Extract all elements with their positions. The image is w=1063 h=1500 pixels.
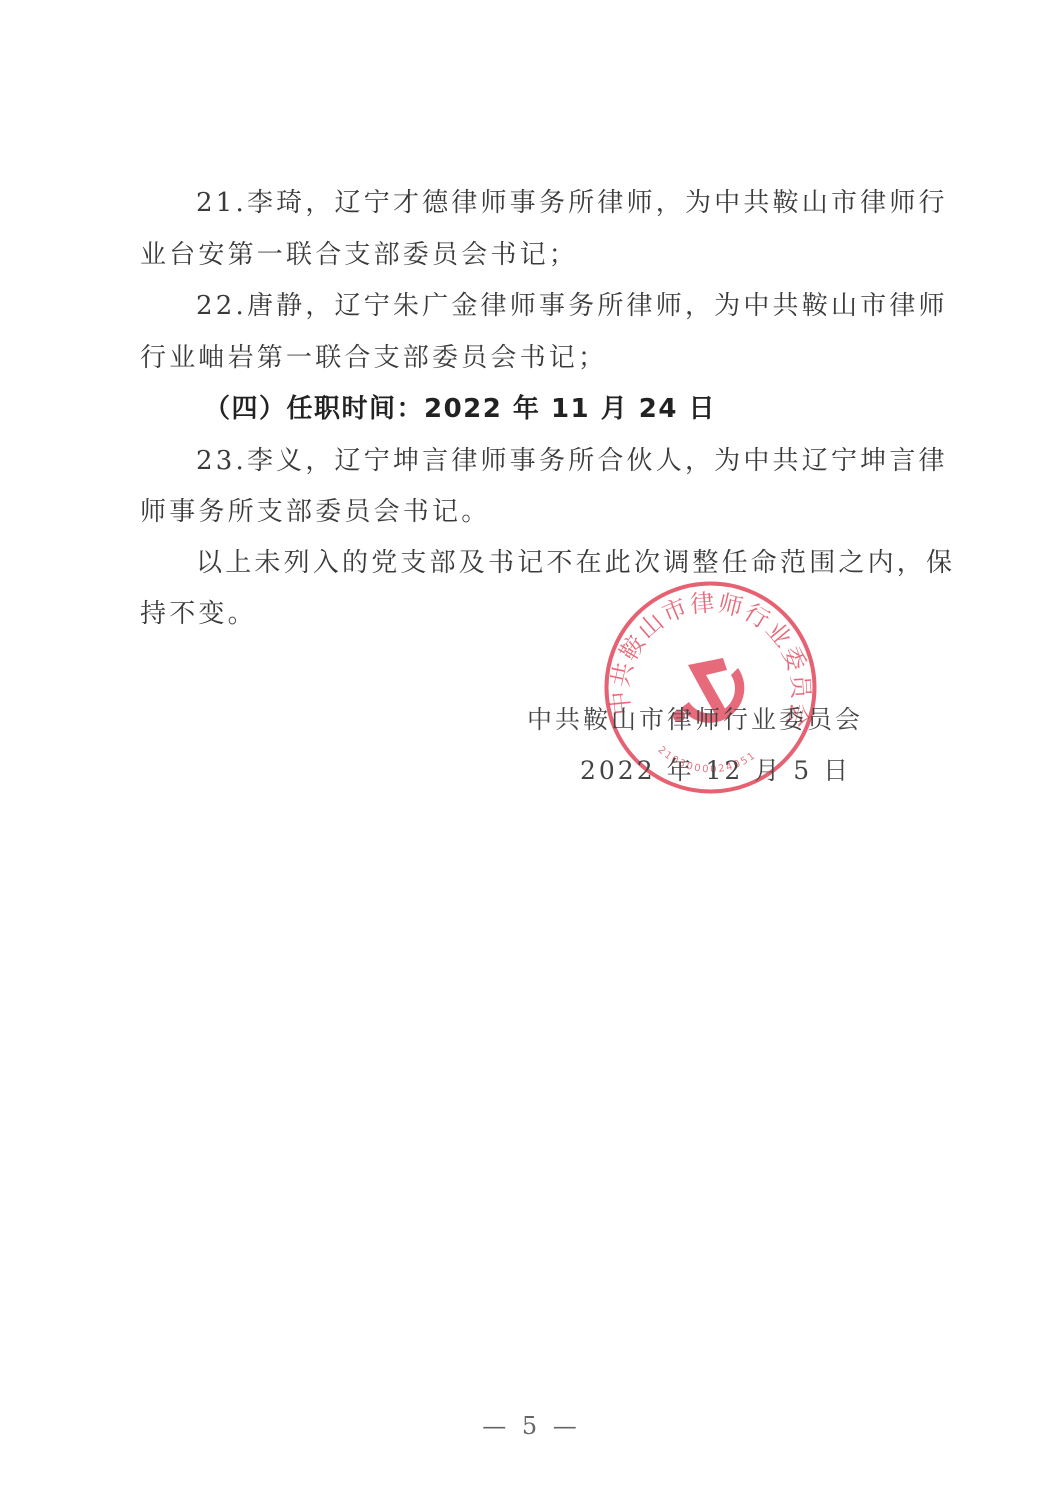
item-23-line2: 师事务所支部委员会书记。 xyxy=(140,497,950,527)
item-22-line1: 22.唐静，辽宁朱广金律师事务所律师，为中共鞍山市律师 xyxy=(196,291,1006,321)
section-heading-tenure: （四）任职时间：2022 年 11 月 24 日 xyxy=(204,394,1014,424)
closing-line1: 以上未列入的党支部及书记不在此次调整任命范围之内，保 xyxy=(196,548,1006,578)
item-22-line2: 行业岫岩第一联合支部委员会书记； xyxy=(140,343,950,373)
document-page: 21.李琦，辽宁才德律师事务所律师，为中共鞍山市律师行 业台安第一联合支部委员会… xyxy=(0,0,1063,1500)
signature-date: 2022 年 12 月 5 日 xyxy=(580,751,851,787)
page-number: — 5 — xyxy=(0,1412,1063,1440)
signature-organization: 中共鞍山市律师行业委员会 xyxy=(527,700,863,736)
closing-line2: 持不变。 xyxy=(140,599,950,629)
item-21-line2: 业台安第一联合支部委员会书记； xyxy=(140,240,950,270)
item-23-line1: 23.李义，辽宁坤言律师事务所合伙人，为中共辽宁坤言律 xyxy=(196,446,1006,476)
item-21-line1: 21.李琦，辽宁才德律师事务所律师，为中共鞍山市律师行 xyxy=(196,188,1006,218)
